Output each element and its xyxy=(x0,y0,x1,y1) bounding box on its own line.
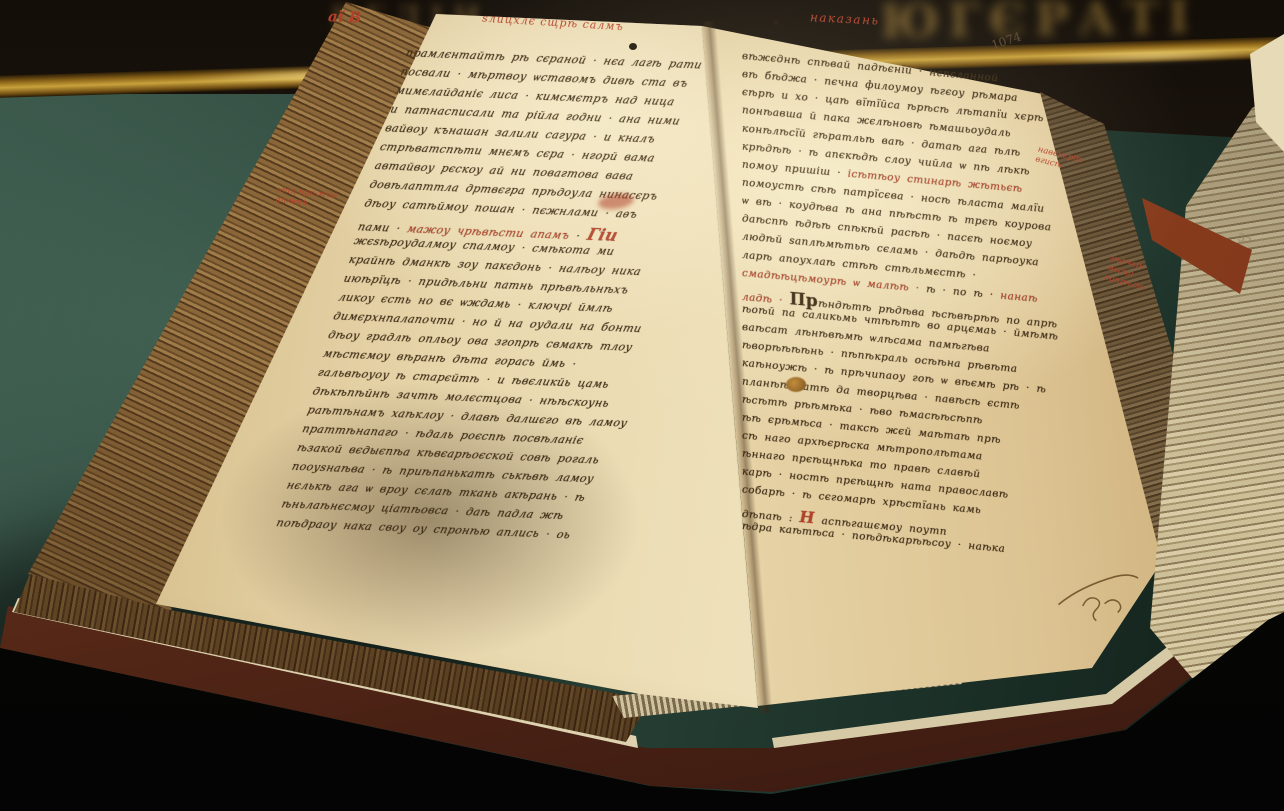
right-page-text-column: вѣжєднѣ спѣвай падѣєнїй · нєпєланнойвѣ б… xyxy=(742,50,1059,566)
ink-dot-small xyxy=(773,20,779,25)
second-book-page-number: 35 xyxy=(1237,231,1253,246)
scribal-flourish xyxy=(1049,561,1155,635)
wax-stain xyxy=(786,377,806,392)
photo-manuscript-scene: ВГЛІИ ЮГЄРАТІ 35 прамлєнтайтѣ рѣ сєраной… xyxy=(0,0,1284,811)
ink-dot xyxy=(629,43,637,50)
quire-corner-mark: аї В xyxy=(328,7,362,26)
